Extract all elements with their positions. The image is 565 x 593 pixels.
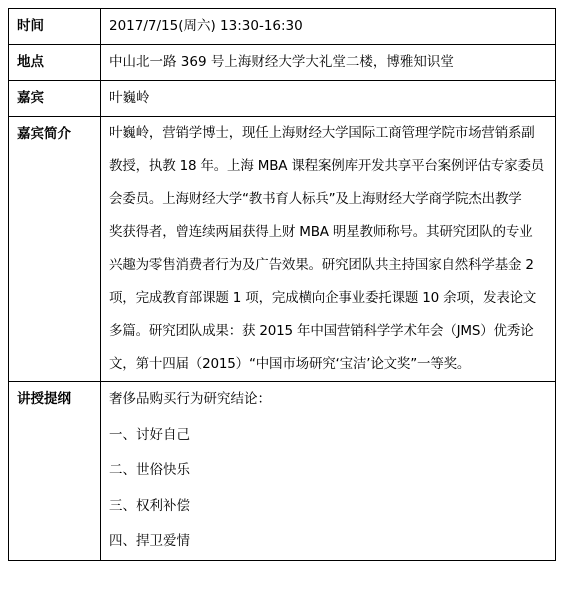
row-time: 时间 2017/7/15(周六) 13:30-16:30	[9, 9, 556, 45]
event-info-table: 时间 2017/7/15(周六) 13:30-16:30 地点 中山北一路 36…	[8, 8, 556, 561]
row-location: 地点 中山北一路 369 号上海财经大学大礼堂二楼，博雅知识堂	[9, 45, 556, 81]
outline-item: 四、捍卫爱情	[109, 524, 549, 560]
outline-item: 一、讨好自己	[109, 418, 549, 454]
guest-label: 嘉宾	[9, 81, 101, 117]
row-guest-bio: 嘉宾简介 叶巍岭，营销学博士，现任上海财经大学国际工商管理学院市场营销系副 教授…	[9, 117, 556, 382]
outline-label: 讲授提纲	[9, 382, 101, 561]
bio-line: 奖获得者，曾连续两届获得上财 MBA 明星教师称号。其研究团队的专业	[109, 216, 549, 249]
bio-line: 会委员。上海财经大学“教书育人标兵”及上海财经大学商学院杰出教学	[109, 183, 549, 216]
time-value: 2017/7/15(周六) 13:30-16:30	[101, 9, 556, 45]
bio-line: 多篇。研究团队成果：获 2015 年中国营销科学学术年会（JMS）优秀论	[109, 315, 549, 348]
location-value: 中山北一路 369 号上海财经大学大礼堂二楼，博雅知识堂	[101, 45, 556, 81]
guest-bio-text: 叶巍岭，营销学博士，现任上海财经大学国际工商管理学院市场营销系副 教授，执教 1…	[101, 117, 556, 382]
location-label: 地点	[9, 45, 101, 81]
bio-line: 叶巍岭，营销学博士，现任上海财经大学国际工商管理学院市场营销系副	[109, 117, 549, 150]
guest-value: 叶巍岭	[101, 81, 556, 117]
row-outline: 讲授提纲 奢侈品购买行为研究结论： 一、讨好自己 二、世俗快乐 三、权利补偿 四…	[9, 382, 556, 561]
time-label: 时间	[9, 9, 101, 45]
bio-line: 项，完成教育部课题 1 项，完成横向企事业委托课题 10 余项，发表论文	[109, 282, 549, 315]
bio-line: 文，第十四届（2015）“中国市场研究‘宝洁’论文奖”一等奖。	[109, 348, 549, 381]
outline-item: 二、世俗快乐	[109, 453, 549, 489]
bio-line: 教授，执教 18 年。上海 MBA 课程案例库开发共享平台案例评估专家委员	[109, 150, 549, 183]
bio-line: 兴趣为零售消费者行为及广告效果。研究团队共主持国家自然科学基金 2	[109, 249, 549, 282]
outline-intro: 奢侈品购买行为研究结论：	[109, 382, 549, 418]
outline-item: 三、权利补偿	[109, 489, 549, 525]
outline-content: 奢侈品购买行为研究结论： 一、讨好自己 二、世俗快乐 三、权利补偿 四、捍卫爱情	[101, 382, 556, 561]
row-guest: 嘉宾 叶巍岭	[9, 81, 556, 117]
guest-bio-label: 嘉宾简介	[9, 117, 101, 382]
